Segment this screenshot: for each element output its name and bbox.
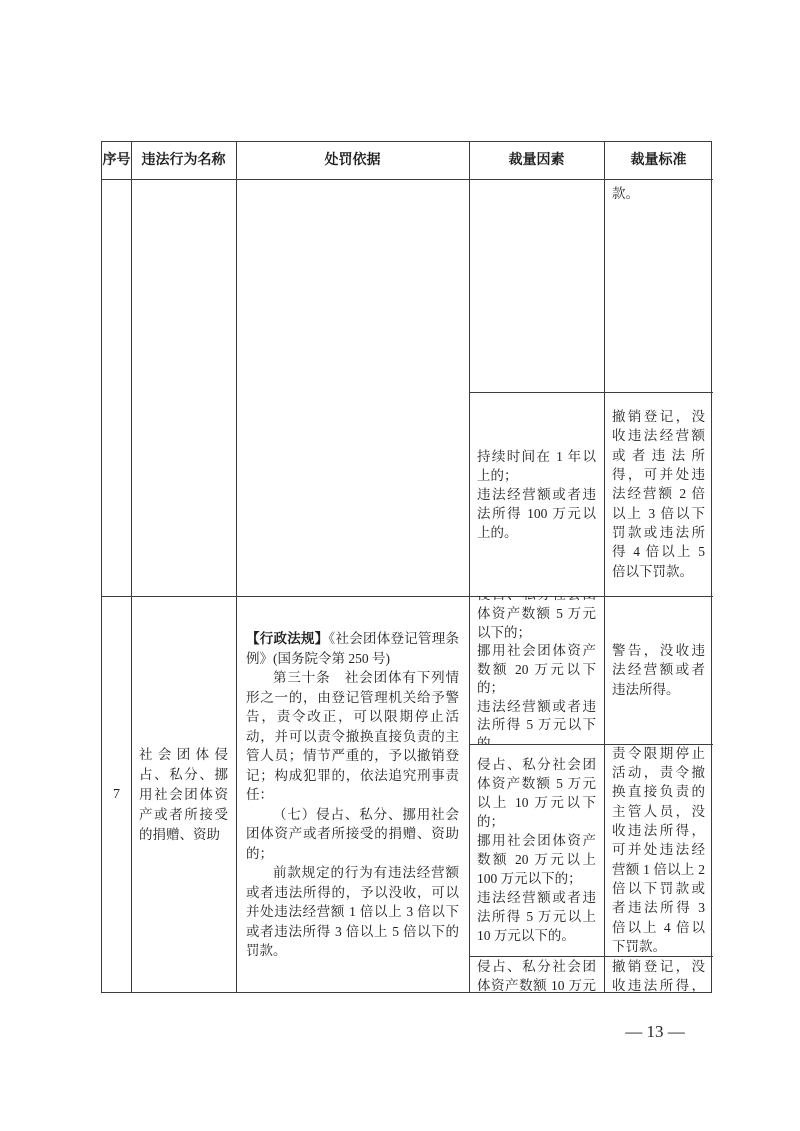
factor-clause: 挪用社会团体资产数额 20 万元以下的；	[477, 642, 596, 698]
factor-clause: 侵占、私分社会团体资产数额 5 万元以下的；	[477, 596, 596, 642]
standard-text: 警告，没收违法经营额或者违法所得。	[612, 641, 705, 699]
row7-tier2-factor-cell: 侵占、私分社会团体资产数额 5 万元以上 10 万元以下的； 挪用社会团体资产数…	[469, 744, 604, 956]
carryover-standard-cell: 撤销登记，没收违法经营额或者违法所得，可并处违法经营额 2 倍以上 3 倍以下罚…	[604, 392, 713, 596]
row7-tier1-standard-cell: 警告，没收违法经营额或者违法所得。	[604, 596, 713, 744]
violation-name: 社会团体侵占、私分、挪用社会团体资产或者所接受的捐赠、资助	[139, 745, 228, 845]
page-number: — 13 —	[580, 1022, 730, 1042]
basis-paragraph-item7: （七）侵占、私分、挪用社会团体资产或者所接受的捐赠、资助的；	[246, 805, 459, 864]
factor-clause: 侵占、私分社会团体资产数额 5 万元以上 10 万元以下的；	[477, 755, 596, 831]
basis-paragraph-confiscation: 前款规定的行为有违法经营额或者违法所得的，予以没收，可以并处违法经营额 1 倍以…	[246, 863, 459, 961]
regulation-type-label: 【行政法规】	[246, 631, 329, 646]
standard-text: 责令限期停止活动，责令撤换直接负责的主管人员，没收违法所得，可并处违法经营额 1…	[612, 744, 705, 956]
header-violation-name: 违法行为名称	[131, 142, 236, 179]
factor-clause: 挪用社会团体资产数额 20 万元以上 100 万元以下的；	[477, 831, 596, 888]
row7-tier2-standard-cell: 责令限期停止活动，责令撤换直接负责的主管人员，没收违法所得，可并处违法经营额 1…	[604, 744, 713, 956]
header-penalty-basis: 处罚依据	[236, 142, 469, 179]
factor-clause: 违法经营额或者违法所得 100 万元以上的。	[477, 485, 596, 542]
standard-text: 撤销登记，没收违法经营额或者违法所得，可并处违法经营额 2 倍以上 3 倍以下罚…	[612, 407, 705, 581]
basis-paragraph-article30: 第三十条 社会团体有下列情形之一的，由登记管理机关给予警告，责令改正，可以限期停…	[246, 668, 459, 805]
carryover-standard-fragment: 款。	[612, 184, 705, 204]
factor-clause: 违法经营额或者违法所得 5 万元以上 10 万元以下的。	[477, 888, 596, 945]
row7-tier3-standard-cell: 撤销登记，没收违法所得，可并	[604, 956, 713, 994]
row7-penalty-basis-cell: 【行政法规】《社会团体登记管理条例》(国务院令第 250 号) 第三十条 社会团…	[236, 596, 469, 994]
standard-text-fragment: 撤销登记，没收违法所得，可并	[612, 958, 705, 994]
row7-tier3-factor-cell: 侵占、私分社会团体资产数额 10 万元以	[469, 956, 604, 994]
document-page: 序号 违法行为名称 处罚依据 裁量因素 裁量标准 款。 持续时间在 1 年以上的…	[0, 0, 800, 1131]
header-serial-number: 序号	[102, 142, 131, 179]
header-discretion-standard: 裁量标准	[604, 142, 713, 179]
carryover-factor-cell: 持续时间在 1 年以上的； 违法经营额或者违法所得 100 万元以上的。	[469, 392, 604, 596]
penalty-discretion-table: 序号 违法行为名称 处罚依据 裁量因素 裁量标准 款。 持续时间在 1 年以上的…	[101, 141, 712, 993]
factor-clause-fragment: 侵占、私分社会团体资产数额 10 万元以	[477, 958, 596, 994]
carryover-standard-fragment-cell: 款。	[604, 179, 713, 392]
factor-clause: 违法经营额或者违法所得 5 万元以下的。	[477, 698, 596, 744]
basis-paragraph-regulation-title: 【行政法规】《社会团体登记管理条例》(国务院令第 250 号)	[246, 629, 459, 668]
row7-serial-number: 7	[102, 596, 131, 994]
row7-violation-name-cell: 社会团体侵占、私分、挪用社会团体资产或者所接受的捐赠、资助	[131, 596, 236, 994]
header-discretion-factor: 裁量因素	[469, 142, 604, 179]
row7-tier1-factor-cell: 侵占、私分社会团体资产数额 5 万元以下的； 挪用社会团体资产数额 20 万元以…	[469, 596, 604, 744]
factor-clause: 持续时间在 1 年以上的；	[477, 447, 596, 485]
